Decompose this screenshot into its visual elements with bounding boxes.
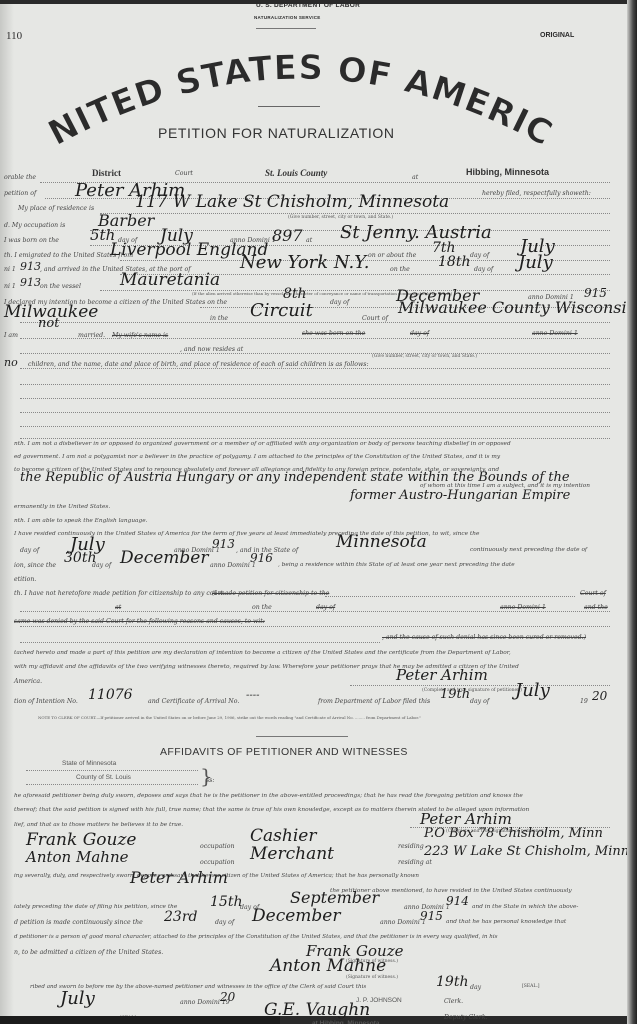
department-label: U. S. DEPARTMENT OF LABOR: [256, 2, 360, 9]
dotted-line: [20, 322, 610, 323]
arrived-month: July: [518, 252, 553, 273]
day-of-label: day of: [470, 252, 489, 259]
department-filed-label: from Department of Labor filed this: [318, 698, 430, 705]
occupation-label: occupation: [200, 843, 234, 850]
state-continuous-line: and in the State in which the above-: [472, 904, 578, 910]
dotted-line: [20, 353, 610, 354]
clerk-label: Clerk.: [444, 998, 463, 1005]
affidavits-title: AFFIDAVITS OF PETITIONER AND WITNESSES: [160, 746, 408, 758]
petitioner-signature: Peter Arhim: [396, 666, 488, 684]
day-label: day: [470, 984, 481, 991]
court-type: District: [92, 168, 121, 178]
prior-cured-struck: , and the cause of such denial has since…: [382, 634, 586, 641]
page-left-shadow: [0, 4, 14, 1024]
birthplace: St Jenny. Austria: [340, 222, 492, 243]
page-title: PETITION FOR NATURALIZATION: [158, 125, 395, 141]
residence-value: 117 W Lake St Chisholm, Minnesota: [135, 192, 449, 212]
vessel-name: Mauretania: [120, 270, 220, 290]
witness-2-occupation: Merchant: [250, 844, 334, 864]
at-label: at: [115, 604, 121, 611]
anno-domini-label: anno Domini 1: [210, 562, 256, 569]
oath-line-3: lief, and that as to those matters he be…: [14, 822, 183, 828]
former-empire: former Austro-Hungarian Empire: [350, 488, 570, 503]
page-bottom-edge: [0, 1016, 280, 1024]
since-label: ion, since the: [14, 562, 56, 569]
day-of-label: day of: [474, 266, 493, 273]
witness-since-year: 914: [446, 894, 469, 908]
resided-year: 913: [212, 537, 235, 551]
venue-county: County of St. Louis: [76, 774, 131, 781]
intention-number: 11076: [88, 687, 133, 703]
prior-denied-struck: same was denied by the said Court for th…: [14, 618, 265, 625]
residence-within-state: , being a residence within this State of…: [278, 562, 515, 568]
residence-caption: (Give number, street, city or town, and …: [288, 215, 393, 220]
allegiance-line-1: nth. I am not a disbeliever in or oppose…: [14, 441, 511, 447]
hibbing-stamp: at Hibbing, Minnesota: [312, 1020, 380, 1024]
dotted-line: [26, 770, 198, 771]
court-location: Hibbing, Minnesota: [466, 167, 549, 177]
i-am-label: I am: [4, 332, 18, 339]
born-year: 897: [272, 226, 303, 245]
anno-domini-label: anno Domini 1: [532, 330, 578, 337]
witness-state-year: 915: [420, 909, 443, 923]
resided-state: Minnesota: [336, 532, 427, 552]
petition-word: etition.: [14, 576, 36, 583]
on-or-about-label: on or about the: [368, 252, 416, 259]
filed-day: 19th: [440, 687, 470, 702]
anno-prefix: ni 1: [4, 266, 16, 273]
and-the-label: and the: [584, 604, 608, 611]
residing-label: residing at: [398, 859, 432, 866]
filed-month: July: [515, 680, 550, 701]
witness-1-name: Frank Gouze: [26, 830, 137, 850]
vessel-label: on the vessel: [40, 283, 81, 290]
children-label: children, and the name, date and place o…: [28, 361, 369, 368]
certificate-label: and Certificate of Arrival No.: [148, 698, 239, 705]
form-number: 110: [6, 30, 22, 42]
dotted-line: [26, 784, 198, 785]
witness-caption: (Signature of witness.): [346, 975, 398, 980]
knowledge-line: and that he has personal knowledge that: [446, 919, 566, 925]
deputy-clerk-label: Deputy Clerk.: [444, 1014, 488, 1021]
witness-since-month: September: [290, 888, 379, 907]
filed-text: hereby filed, respectfully showeth:: [482, 190, 591, 197]
anno-domini-label: anno Domini 1: [380, 919, 426, 926]
dotted-line: [20, 398, 610, 399]
declared-court: Circuit: [250, 300, 313, 321]
day-of-label: day of: [410, 330, 429, 337]
witness-1-occupation: Cashier: [250, 826, 316, 846]
continuous-label: continuously next preceding the date of: [470, 547, 587, 553]
at-label: at: [306, 237, 312, 244]
arrival-port: New York N.Y.: [240, 252, 370, 273]
dotted-line: [20, 626, 610, 627]
witness-2-name: Anton Mahne: [26, 848, 128, 866]
on-the-label: on the: [390, 266, 410, 273]
seal-label: [SEAL.]: [522, 984, 540, 989]
allegiance-line-2: ed government. I am not a polygamist nor…: [14, 454, 500, 460]
residing-label: residing: [398, 843, 424, 850]
in-the-label: in the: [210, 315, 228, 322]
english-line: nth. I am able to speak the English lang…: [14, 518, 148, 524]
dotted-line: [20, 611, 610, 612]
allegiance-line-5: ermanently in the United States.: [14, 504, 110, 510]
service-label: NATURALIZATION SERVICE: [254, 15, 321, 20]
clerk-note: NOTE TO CLERK OF COURT.—If petitioner ar…: [38, 715, 421, 720]
since-year: 916: [250, 551, 273, 565]
occupation-label: occupation: [200, 859, 234, 866]
day-of-label: day of: [470, 698, 489, 705]
subscribed-year: 20: [220, 990, 235, 1004]
arrived-year: 913: [20, 260, 41, 273]
witness-2-residence: 223 W Lake St Chisholm, Minn: [424, 844, 629, 859]
witness-state-month: December: [252, 906, 340, 926]
witness-2-signature: Anton Mahne: [270, 956, 386, 976]
subscribed-month: July: [60, 988, 95, 1009]
venue-brace: }: [200, 764, 213, 788]
court-of-label: Court of: [362, 315, 388, 322]
subscribed-day: 19th: [436, 974, 468, 990]
since-month: December: [120, 548, 208, 568]
dotted-line: [20, 426, 610, 427]
oath-line-1: he aforesaid petitioner being duly sworn…: [14, 793, 523, 799]
at-label: at: [412, 174, 418, 181]
america-line: America.: [14, 678, 42, 685]
admitted-line: n, to be admitted a citizen of the Unite…: [14, 949, 163, 956]
wife-born-label: she was born on the: [302, 330, 365, 337]
court-word: Court: [175, 170, 193, 177]
naturalization-petition-document: U. S. DEPARTMENT OF LABOR NATURALIZATION…: [0, 4, 627, 1016]
occupation-label: d. My occupation is: [4, 222, 65, 229]
preceding-line: iately preceding the date of filing his …: [14, 904, 177, 910]
page-right-edge: [627, 0, 637, 1024]
title-divider: [258, 106, 320, 107]
dotted-line: [20, 368, 610, 369]
court-of-label: Court of: [580, 590, 606, 597]
day-of-label: day of: [215, 919, 234, 926]
anno-domini-label: anno Domini 1: [500, 604, 546, 611]
resides-caption: (Give number, street, city or town, and …: [372, 354, 477, 359]
dotted-line: [20, 384, 610, 385]
attached-line: tached hereto and made a part of this pe…: [14, 650, 511, 656]
prior-petition-struck: (I made petition for citizenship to the: [212, 590, 329, 597]
signature-caption: (Complete and true signature of petition…: [422, 688, 522, 693]
dotted-line: [20, 438, 610, 439]
year-prefix: 19: [580, 698, 588, 705]
witness-state-day: 23rd: [164, 909, 197, 925]
intention-label: tion of Intention No.: [14, 698, 78, 705]
children-count: no: [4, 356, 18, 369]
court-prefix: orable the: [4, 174, 36, 181]
known-petitioner-name: Peter Arhim: [130, 868, 228, 887]
dotted-line: [20, 412, 610, 413]
day-of-label: day of: [330, 299, 349, 306]
no-prior-petition: th. I have not heretofore made petition …: [14, 590, 225, 597]
dotted-line: [325, 596, 575, 597]
dotted-line: [20, 338, 610, 339]
born-label: I was born on the: [4, 237, 59, 244]
certificate-number: ----: [246, 690, 260, 701]
ss-label: ss:: [206, 777, 214, 784]
witness-since-day: 15th: [210, 894, 242, 910]
day-of-label: day of: [316, 604, 335, 611]
dotted-line: [100, 213, 610, 214]
signature-line: [350, 685, 610, 686]
anno-prefix: ni 1: [4, 283, 16, 290]
filed-year: 20: [592, 689, 607, 703]
witness-1-residence: P.O Box 78 Chisholm, Minn: [424, 826, 603, 841]
character-line: d petitioner is a person of good moral c…: [14, 934, 498, 940]
married-status: not: [38, 316, 59, 331]
on-the-label: on the: [252, 604, 272, 611]
header-divider: [256, 28, 316, 29]
vessel-year: 913: [20, 276, 41, 289]
day-of-label: day of: [20, 547, 39, 554]
petition-made-line: d petition is made continuously since th…: [14, 919, 143, 926]
court-county: St. Louis County: [265, 168, 327, 178]
day-of-label: day of: [92, 562, 111, 569]
section-divider: [256, 736, 348, 737]
dotted-line: [100, 290, 610, 291]
dotted-line: [20, 642, 380, 643]
venue-state: State of Minnesota: [62, 760, 116, 767]
arrived-day: 18th: [438, 254, 470, 270]
petition-of-label: petition of: [4, 190, 36, 197]
declared-court-location: Milwaukee County Wisconsin: [398, 298, 637, 317]
resides-label: , and now resides at: [180, 346, 243, 353]
residence-label: My place of residence is: [18, 205, 94, 212]
